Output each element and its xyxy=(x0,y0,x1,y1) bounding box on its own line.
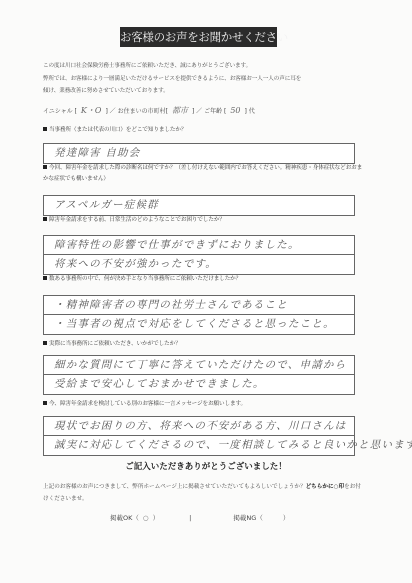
publication-choices: 掲載OK（○） | 掲載NG（） xyxy=(110,513,289,522)
choice-separator: | xyxy=(189,514,191,522)
publish-ok-mark[interactable]: ○ xyxy=(139,514,153,522)
publish-ok-label: 掲載OK（ xyxy=(110,513,139,522)
question-6: 今、障害年金請求を検討している別のお客様に一言メッセージをお願いします。 xyxy=(43,399,363,410)
question-2: 今回、障害年金を請求した際の診断名は何ですか？（差し付けえない範囲内でお答えくだ… xyxy=(43,163,363,185)
thanks-message: ご記入いただきありがとうございました！ xyxy=(0,460,412,472)
age-label: ] ／ ご年齢 [ xyxy=(192,108,226,115)
bullet-square-icon xyxy=(43,401,47,405)
answer-box-3[interactable]: 障害特性の影響で仕事ができずにおりました。 将来への不安が強かったです。 xyxy=(43,235,355,275)
question-1: 当事務所（または代表の川口）をどこで知りましたか？ xyxy=(43,125,363,136)
answer-line[interactable]: ・精神障害者の専門の社労士さんであること xyxy=(44,296,354,315)
answer-line[interactable]: 発達障害 自助会 xyxy=(44,144,354,163)
publication-consent-text: 上記のお客様のお声につきまして、弊所ホームページ上に掲載させていただいてもよろし… xyxy=(43,481,363,505)
question-3: 障害年金請求をする前、日常生活のどのようなことでお困りでしたか？ xyxy=(43,215,363,226)
question-4: 数ある事務所の中で、何が決め手となり当事務所にご依頼いただけましたか？ xyxy=(43,274,363,285)
bullet-square-icon xyxy=(43,127,47,131)
answer-box-4[interactable]: ・精神障害者の専門の社労士さんであること ・当事者の視点で対応をしてくださると思… xyxy=(43,295,355,335)
intro-line: この度は川口社会保険労務士事務所にご依頼いただき、誠にありがとうございます。 xyxy=(43,60,363,73)
answer-line[interactable]: 将来への不安が強かったです。 xyxy=(44,255,354,274)
publish-ok-option[interactable]: 掲載OK（○） xyxy=(110,513,159,522)
answer-line[interactable]: 誠実に対応してくださるので、一度相談してみると良いかと思います。 xyxy=(44,436,354,455)
page-title: お客様のお声をお聞かせください xyxy=(120,27,277,47)
answer-box-5[interactable]: 細かな質問にて丁寧に答えていただけたので、申請から 受給まで安心しておまかせでき… xyxy=(43,355,355,395)
publish-ng-label: 掲載NG（ xyxy=(233,513,262,522)
bullet-square-icon xyxy=(43,165,47,169)
initial-value[interactable]: K・O xyxy=(77,106,106,115)
consent-text: 上記のお客様のお声につきまして、弊所ホームページ上に掲載させていただいてもよろし… xyxy=(43,484,306,490)
initial-label: イニシャル [ xyxy=(43,108,77,115)
bullet-square-icon xyxy=(43,341,47,345)
answer-line[interactable]: 現状でお困りの方、将来への不安がある方、川口さんは xyxy=(44,417,354,436)
answer-line[interactable]: ・当事者の視点で対応をしてくださると思ったこと。 xyxy=(44,315,354,334)
answer-line[interactable]: 障害特性の影響で仕事ができずにおりました。 xyxy=(44,236,354,255)
answer-line[interactable]: 受給まで安心しておまかせできました。 xyxy=(44,375,354,394)
question-label: 今、障害年金請求を検討している別のお客様に一言メッセージをお願いします。 xyxy=(49,401,246,407)
question-5: 実際に当事務所にご依頼いただき、いかがでしたか？ xyxy=(43,339,363,350)
question-label: 障害年金請求をする前、日常生活のどのようなことでお困りでしたか？ xyxy=(49,217,225,223)
answer-box-6[interactable]: 現状でお困りの方、将来への不安がある方、川口さんは 誠実に対応してくださるので、… xyxy=(43,416,355,456)
profile-line: イニシャル [K・O] ／ お住まいの市町村[都市] ／ ご年齢 [50] 代 xyxy=(43,105,255,116)
intro-line: 傾け、業務改善に努めさせていただいております。 xyxy=(43,85,363,98)
paren-close: ） xyxy=(283,513,290,522)
intro-text: この度は川口社会保険労務士事務所にご依頼いただき、誠にありがとうございます。 弊… xyxy=(43,60,363,98)
city-value[interactable]: 都市 xyxy=(168,106,192,115)
consent-bold: どちらかに xyxy=(306,484,334,490)
city-label: ] ／ お住まいの市町村[ xyxy=(105,108,168,115)
question-label: 当事務所（または代表の川口）をどこで知りましたか？ xyxy=(49,127,186,133)
answer-line[interactable]: 細かな質問にて丁寧に答えていただけたので、申請から xyxy=(44,356,354,375)
publish-ng-option[interactable]: 掲載NG（） xyxy=(233,513,289,522)
age-suffix: ] 代 xyxy=(245,108,255,115)
age-value[interactable]: 50 xyxy=(226,106,244,115)
answer-box-1[interactable]: 発達障害 自助会 xyxy=(43,143,355,164)
question-label: 今回、障害年金を請求した際の診断名は何ですか？（差し付けえない範囲内でお答えくだ… xyxy=(43,165,362,182)
answer-line[interactable]: アスペルガー症候群 xyxy=(44,196,354,215)
question-label: 実際に当事務所にご依頼いただき、いかがでしたか？ xyxy=(49,341,181,347)
bullet-square-icon xyxy=(43,276,47,280)
bullet-square-icon xyxy=(43,217,47,221)
question-label: 数ある事務所の中で、何が決め手となり当事務所にご依頼いただけましたか？ xyxy=(49,276,241,282)
paren-close: ） xyxy=(153,513,160,522)
answer-box-2[interactable]: アスペルガー症候群 xyxy=(43,195,355,216)
intro-line: 弊所では、お客様により一層満足いただけるサービスを提供できるように、お客様お一人… xyxy=(43,73,363,86)
